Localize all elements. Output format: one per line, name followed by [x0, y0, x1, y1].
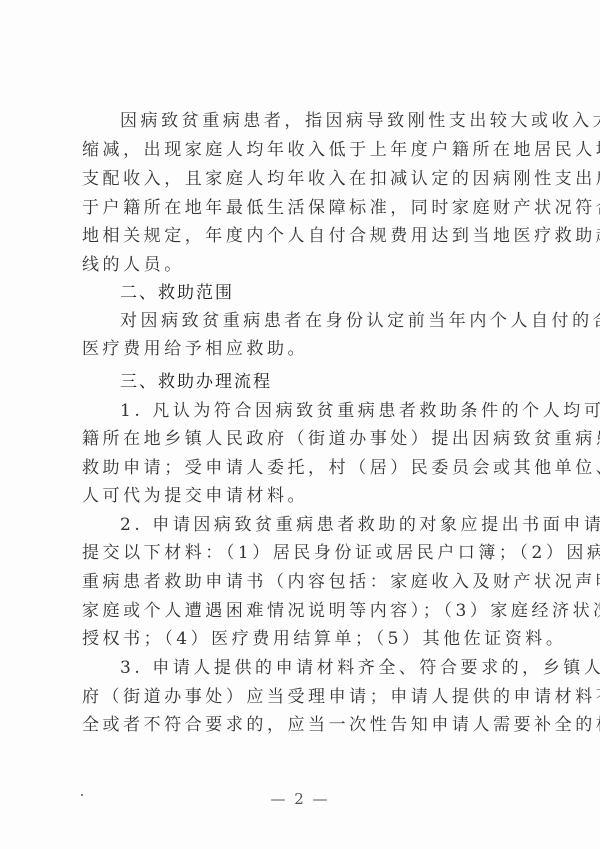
paragraph-line: 授权书；（4）医疗费用结算单；（5）其他佐证资料。 [82, 625, 522, 653]
document-page: 因病致贫重病患者，指因病导致刚性支出较大或收入大幅缩减，出现家庭人均年收入低于上… [0, 0, 600, 849]
paragraph-line: 2. 申请因病致贫重病患者救助的对象应提出书面申请，并 [120, 511, 560, 539]
paragraph-line: 重病患者救助申请书（内容包括：家庭收入及财产状况声明、 [82, 568, 522, 596]
paragraph-line: 于户籍所在地年最低生活保障标准，同时家庭财产状况符合当 [82, 194, 522, 222]
paragraph-line: 府（街道办事处）应当受理申请；申请人提供的申请材料不齐 [82, 683, 522, 711]
paragraph-line: 支配收入，且家庭人均年收入在扣减认定的因病刚性支出后低 [82, 165, 522, 193]
section-heading: 三、救助办理流程 [120, 368, 560, 396]
paragraph-line: 缩减，出现家庭人均年收入低于上年度户籍所在地居民人均可 [82, 136, 522, 164]
paragraph-line: 线的人员。 [82, 251, 522, 279]
paragraph-line: 1. 凡认为符合因病致贫重病患者救助条件的个人均可向户 [120, 397, 560, 425]
paragraph-line: 3. 申请人提供的申请材料齐全、符合要求的，乡镇人民政 [120, 654, 560, 682]
paragraph-line: 籍所在地乡镇人民政府（街道办事处）提出因病致贫重病患者 [82, 425, 522, 453]
page-number: — 2 — [0, 790, 600, 808]
paragraph-line: 人可代为提交申请材料。 [82, 482, 522, 510]
paragraph-line: 提交以下材料：（1）居民身份证或居民户口簿；（2）因病致贫 [82, 539, 522, 567]
paragraph-line: 全或者不符合要求的，应当一次性告知申请人需要补全的材料； [82, 711, 522, 739]
paragraph-line: 地相关规定，年度内个人自付合规费用达到当地医疗救助起付 [82, 222, 522, 250]
paragraph-line: 救助申请；受申请人委托，村（居）民委员会或其他单位、个 [82, 454, 522, 482]
paragraph-line: 因病致贫重病患者，指因病导致刚性支出较大或收入大幅 [120, 107, 560, 135]
paragraph-line: 对因病致贫重病患者在身份认定前当年内个人自付的合规 [120, 307, 560, 335]
paragraph-line: 家庭或个人遭遇困难情况说明等内容）；（3）家庭经济状况核对 [82, 597, 522, 625]
section-heading: 二、救助范围 [120, 279, 560, 307]
paragraph-line: 医疗费用给予相应救助。 [82, 335, 522, 363]
